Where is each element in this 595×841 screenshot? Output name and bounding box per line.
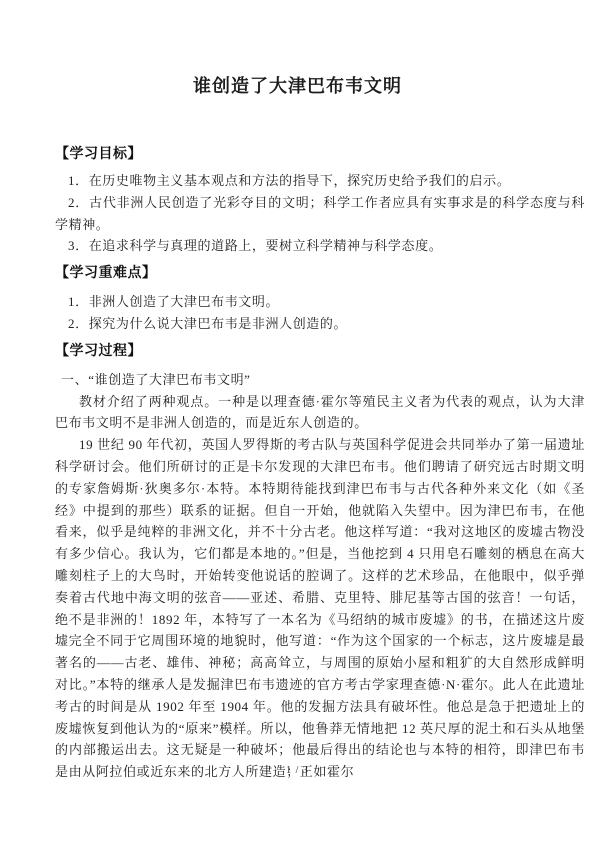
- page-number: 1 / 3: [0, 764, 595, 778]
- section-key-points: 【学习重难点】 1．非洲人创造了大津巴布韦文明。 2．探究为什么说大津巴布韦是非…: [55, 261, 585, 335]
- learning-goals-list: 1．在历史唯物主义基本观点和方法的指导下，探究历史给予我们的启示。 2．古代非洲…: [55, 170, 585, 257]
- key-points-list: 1．非洲人创造了大津巴布韦文明。 2．探究为什么说大津巴布韦是非洲人创造的。: [55, 291, 585, 335]
- learning-goal-item: 1．在历史唯物主义基本观点和方法的指导下，探究历史给予我们的启示。: [55, 170, 585, 192]
- body-paragraph: 教材介绍了两种观点。一种是以理查德·霍尔等殖民主义者为代表的观点，认为大津巴布韦…: [55, 391, 585, 435]
- key-point-item: 2．探究为什么说大津巴布韦是非洲人创造的。: [55, 313, 585, 335]
- body-paragraph: 19 世纪 90 年代初，英国人罗得斯的考古队与英国科学促进会共同举办了第一届遗…: [55, 434, 585, 783]
- document-page: 谁创造了大津巴布韦文明 【学习目标】 1．在历史唯物主义基本观点和方法的指导下，…: [0, 0, 595, 841]
- document-title: 谁创造了大津巴布韦文明: [0, 74, 595, 98]
- learning-goal-item: 3．在追求科学与真理的道路上，要树立科学精神与科学态度。: [55, 235, 585, 257]
- section-learning-process: 【学习过程】 一、“谁创造了大津巴布韦文明” 教材介绍了两种观点。一种是以理查德…: [55, 339, 585, 783]
- section-learning-goals: 【学习目标】 1．在历史唯物主义基本观点和方法的指导下，探究历史给予我们的启示。…: [55, 142, 585, 257]
- section-heading-learning-goals: 【学习目标】: [55, 142, 585, 164]
- document-body: 【学习目标】 1．在历史唯物主义基本观点和方法的指导下，探究历史给予我们的启示。…: [0, 142, 595, 783]
- section-heading-learning-process: 【学习过程】: [55, 339, 585, 361]
- key-point-item: 1．非洲人创造了大津巴布韦文明。: [55, 291, 585, 313]
- section-heading-key-points: 【学习重难点】: [55, 261, 585, 283]
- process-paragraphs: 教材介绍了两种观点。一种是以理查德·霍尔等殖民主义者为代表的观点，认为大津巴布韦…: [55, 391, 585, 783]
- learning-goal-item: 2．古代非洲人民创造了光彩夺目的文明；科学工作者应具有实事求是的科学态度与科学精…: [55, 192, 585, 236]
- process-subheading: 一、“谁创造了大津巴布韦文明”: [55, 369, 585, 391]
